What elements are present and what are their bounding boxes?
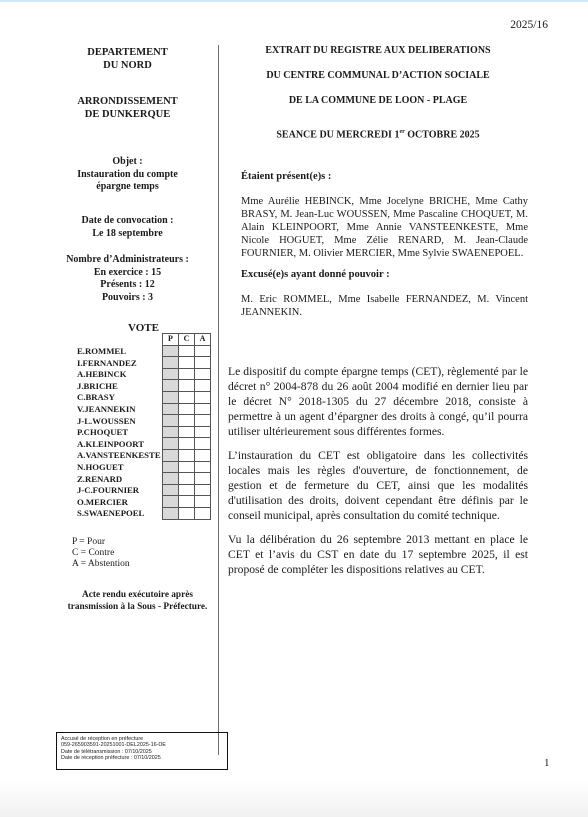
vote-cell	[179, 438, 195, 450]
convocation-label: Date de convocation :	[40, 215, 215, 228]
vote-cell	[163, 461, 179, 473]
excuses-text: M. Eric ROMMEL, Mme Isabelle FERNANDEZ, …	[241, 293, 528, 319]
vote-cell	[163, 415, 179, 427]
page-bottom-shadow	[0, 780, 588, 817]
vote-cell	[163, 357, 179, 369]
seance-suffix: OCTOBRE 2025	[405, 129, 480, 140]
departement-line1: DEPARTEMENT	[40, 47, 215, 60]
vote-row	[163, 473, 211, 485]
vote-cell	[179, 496, 195, 508]
vote-row	[163, 380, 211, 392]
vote-cell	[195, 473, 211, 485]
vote-cell	[179, 357, 195, 369]
en-exercice: En exercice : 15	[40, 267, 215, 280]
administrateurs-block: Nombre d’Administrateurs : En exercice :…	[40, 254, 215, 304]
vote-member-name: A.VANSTEENKESTE	[77, 450, 161, 462]
vote-member-name: A.KLEINPOORT	[77, 439, 161, 451]
vote-row	[163, 507, 211, 519]
vote-cell	[195, 368, 211, 380]
vote-member-name: J-L.WOUSSEN	[77, 416, 161, 428]
vote-member-list: E.ROMMELI.FERNANDEZA.HEBINCKJ.BRICHEC.BR…	[77, 346, 161, 520]
vote-cell	[195, 438, 211, 450]
acte-line1: Acte rendu exécutoire après	[50, 589, 225, 601]
presents-count: Présents : 12	[40, 279, 215, 292]
vote-member-name: P.CHOQUET	[77, 427, 161, 439]
vote-member-name: J.BRICHE	[77, 381, 161, 393]
vote-column-header: C	[179, 334, 195, 346]
vote-row	[163, 438, 211, 450]
deliberation-reference: 2025/16	[510, 19, 548, 31]
arrondissement-block: ARRONDISSEMENT DE DUNKERQUE	[40, 96, 215, 121]
paragraph-instauration: L’instauration du CET est obligatoire da…	[228, 448, 528, 523]
header-line2: DU CENTRE COMMUNAL D’ACTION SOCIALE	[228, 70, 528, 81]
vote-cell	[163, 507, 179, 519]
vote-member-name: S.SWAENEPOEL	[77, 508, 161, 520]
vote-cell	[195, 496, 211, 508]
vote-cell	[179, 473, 195, 485]
vote-title: VOTE	[128, 322, 159, 334]
vote-row	[163, 484, 211, 496]
vote-member-name: C.BRASY	[77, 392, 161, 404]
vote-member-name: N.HOGUET	[77, 462, 161, 474]
objet-line2: épargne temps	[40, 181, 215, 194]
vote-row	[163, 415, 211, 427]
acte-line2: transmission à la Sous - Préfecture.	[50, 601, 225, 613]
vote-member-name: J-C.FOURNIER	[77, 485, 161, 497]
vote-row	[163, 403, 211, 415]
vote-cell	[163, 345, 179, 357]
stamp-line4: Date de réception préfecture : 07/10/202…	[61, 755, 223, 761]
legend-contre: C = Contre	[72, 548, 130, 559]
presents-label: Étaient présent(e)s :	[241, 170, 528, 183]
convocation-block: Date de convocation : Le 18 septembre	[40, 215, 215, 240]
vote-cell	[195, 357, 211, 369]
vote-cell	[179, 461, 195, 473]
vote-cell	[195, 415, 211, 427]
vote-member-name: A.HEBINCK	[77, 369, 161, 381]
legend-pour: P = Pour	[72, 537, 130, 548]
vote-cell	[179, 426, 195, 438]
vote-cell	[195, 484, 211, 496]
paragraph-dispositif: Le dispositif du compte épargne temps (C…	[228, 364, 528, 439]
vote-cell	[179, 345, 195, 357]
vote-cell	[179, 380, 195, 392]
vote-cell	[195, 426, 211, 438]
viewer-top-strip	[0, 0, 588, 2]
paragraph-vu: Vu la délibération du 26 septembre 2013 …	[228, 532, 528, 577]
vote-cell	[179, 484, 195, 496]
excuses-label: Excusé(e)s ayant donné pouvoir :	[241, 268, 528, 281]
vote-cell	[195, 507, 211, 519]
vote-cell	[163, 484, 179, 496]
vote-row	[163, 368, 211, 380]
vote-row	[163, 391, 211, 403]
vote-row	[163, 345, 211, 357]
vote-column-header: A	[195, 334, 211, 346]
vote-cell	[163, 473, 179, 485]
departement-line2: DU NORD	[40, 60, 215, 73]
vote-member-name: O.MERCIER	[77, 497, 161, 509]
vote-cell	[195, 403, 211, 415]
vote-cell	[163, 391, 179, 403]
departement-block: DEPARTEMENT DU NORD	[40, 47, 215, 72]
vote-cell	[195, 345, 211, 357]
vote-cell	[179, 507, 195, 519]
arrondissement-line2: DE DUNKERQUE	[40, 109, 215, 122]
vote-cell	[195, 449, 211, 461]
vote-cell	[179, 403, 195, 415]
vote-table: PCA	[162, 333, 211, 520]
vote-cell	[163, 403, 179, 415]
vote-cell	[163, 368, 179, 380]
vote-cell	[179, 415, 195, 427]
vote-cell	[163, 449, 179, 461]
objet-line1: Instauration du compte	[40, 169, 215, 182]
vote-cell	[179, 391, 195, 403]
vote-cell	[163, 426, 179, 438]
vote-cell	[195, 380, 211, 392]
presents-text: Mme Aurélie HEBINCK, Mme Jocelyne BRICHE…	[241, 195, 528, 260]
vote-row	[163, 357, 211, 369]
vote-cell	[195, 461, 211, 473]
vote-member-name: E.ROMMEL	[77, 346, 161, 358]
objet-block: Objet : Instauration du compte épargne t…	[40, 156, 215, 194]
administrateurs-label: Nombre d’Administrateurs :	[40, 254, 215, 267]
seance-date: SEANCE DU MERCREDI 1er OCTOBRE 2025	[228, 129, 528, 140]
seance-prefix: SEANCE DU MERCREDI 1	[276, 129, 399, 140]
vote-row	[163, 426, 211, 438]
vote-column-header: P	[163, 334, 179, 346]
vote-row	[163, 496, 211, 508]
column-divider	[218, 45, 219, 755]
vote-row	[163, 461, 211, 473]
legend-abstention: A = Abstention	[72, 559, 130, 570]
vote-row	[163, 449, 211, 461]
vote-cell	[179, 368, 195, 380]
header-line3: DE LA COMMUNE DE LOON - PLAGE	[228, 95, 528, 106]
arrondissement-line1: ARRONDISSEMENT	[40, 96, 215, 109]
vote-member-name: I.FERNANDEZ	[77, 358, 161, 370]
vote-member-name: V.JEANNEKIN	[77, 404, 161, 416]
vote-cell	[163, 496, 179, 508]
vote-cell	[195, 391, 211, 403]
prefecture-receipt-stamp: Accusé de réception en préfecture 059-26…	[56, 732, 228, 770]
vote-cell	[179, 449, 195, 461]
acte-executoire: Acte rendu exécutoire après transmission…	[50, 589, 225, 613]
vote-cell	[163, 380, 179, 392]
pouvoirs-count: Pouvoirs : 3	[40, 292, 215, 305]
vote-cell	[163, 438, 179, 450]
convocation-value: Le 18 septembre	[40, 228, 215, 241]
header-line1: EXTRAIT DU REGISTRE AUX DELIBERATIONS	[228, 45, 528, 56]
vote-member-name: Z.RENARD	[77, 474, 161, 486]
vote-legend: P = Pour C = Contre A = Abstention	[72, 537, 130, 570]
objet-label: Objet :	[40, 156, 215, 169]
page-number: 1	[544, 757, 550, 769]
